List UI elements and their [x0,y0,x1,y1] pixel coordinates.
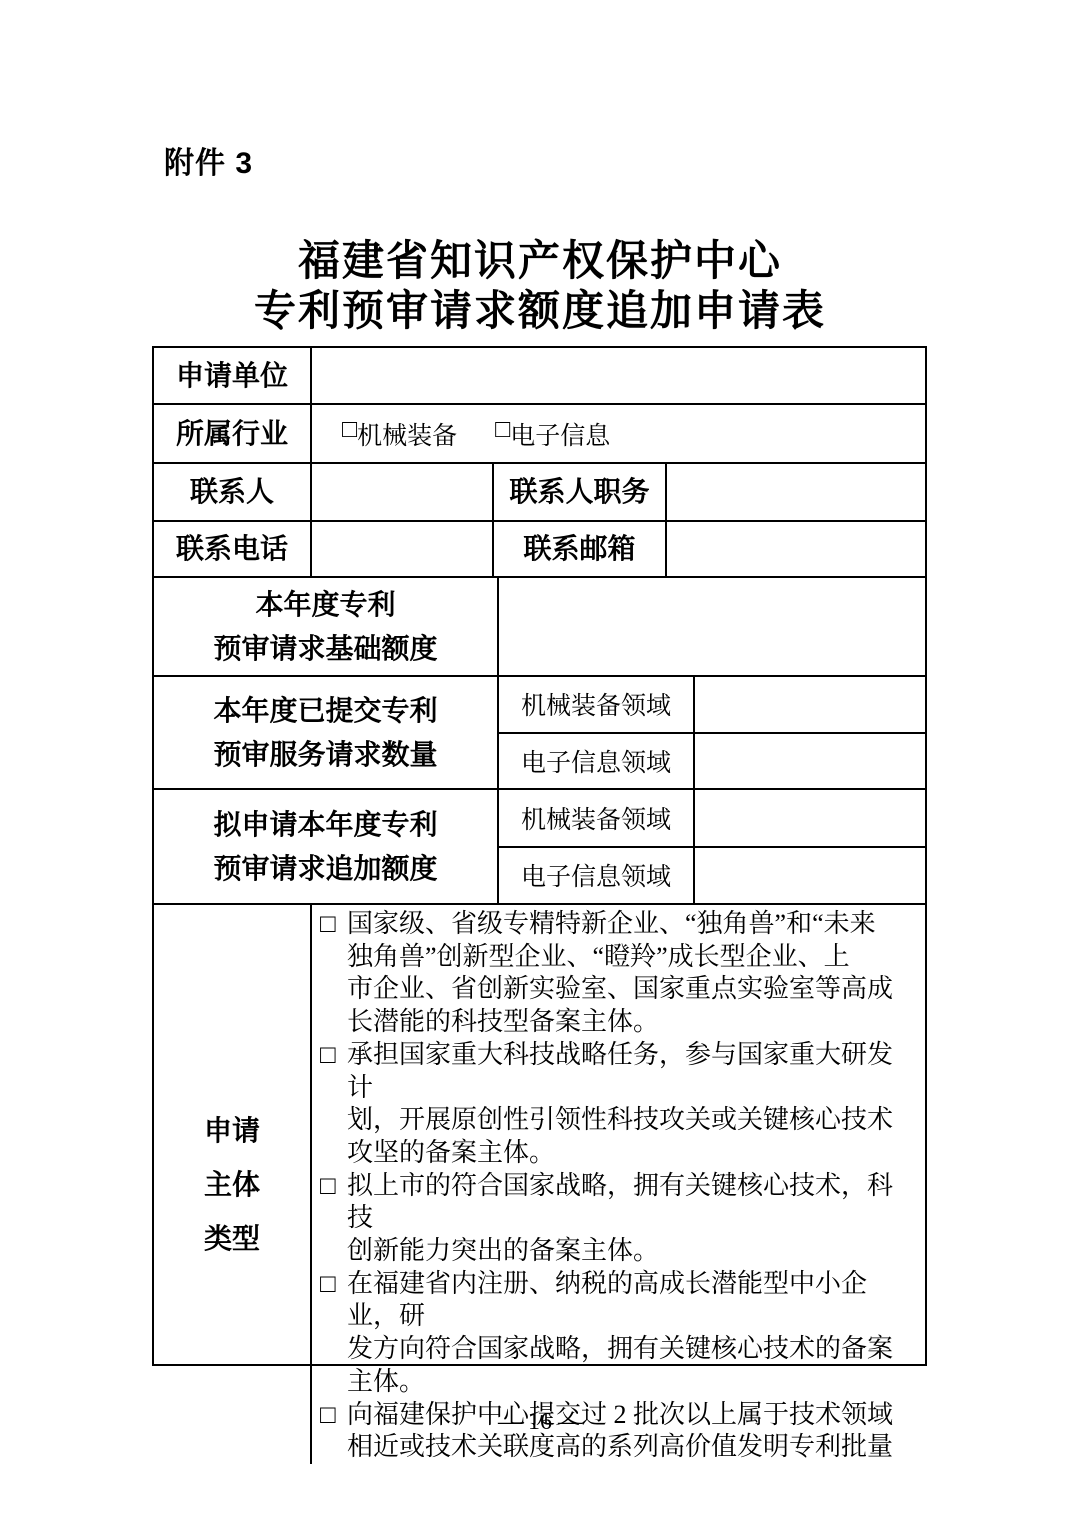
additional-quota-subrows: 机械装备领域 电子信息领域 [499,790,925,903]
subject-type-option-4-text: 在福建省内注册、纳税的高成长潜能型中小企业，研 发方向符合国家战略，拥有关键核心… [347,1268,917,1399]
subject-type-option-2: □承担国家重大科技战略任务，参与国家重大研发计 划，开展原创性引领性科技攻关或关… [320,1039,917,1170]
base-quota-value-cell [499,578,925,675]
email-label: 联系邮箱 [494,522,667,576]
checkbox-icon: □ [342,416,357,452]
row-applicant-unit: 申请单位 [154,348,925,405]
additional-machinery-label: 机械装备领域 [499,790,695,846]
base-quota-label: 本年度专利 预审请求基础额度 [154,578,499,675]
applicant-unit-label: 申请单位 [154,348,312,403]
additional-electronics-subrow: 电子信息领域 [499,848,925,904]
applicant-unit-value-cell [312,348,925,403]
contact-title-value-cell [667,464,925,520]
checkbox-icon: □ [320,1170,347,1268]
additional-electronics-value-cell [695,848,925,904]
industry-option-electronics: □电子信息 [495,416,610,452]
submitted-electronics-value-cell [695,734,925,789]
page-number: — 16 — [0,1409,1080,1436]
submitted-electronics-label: 电子信息领域 [499,734,695,789]
email-value-cell [667,522,925,576]
contact-name-label: 联系人 [154,464,312,520]
industry-option-machinery: □机械装备 [342,416,457,452]
subject-type-options-cell: □国家级、省级专精特新企业、“独角兽”和“未来 独角兽”创新型企业、“瞪羚”成长… [312,905,925,1464]
document-title-line2: 专利预审请求额度追加申请表 [0,287,1080,337]
checkbox-icon: □ [320,908,347,1039]
checkbox-icon: □ [495,416,510,452]
industry-option-machinery-label: 机械装备 [357,416,457,452]
row-additional-quota: 拟申请本年度专利 预审请求追加额度 机械装备领域 电子信息领域 [154,790,925,905]
attachment-label: 附件 3 [164,138,253,182]
subject-type-option-2-text: 承担国家重大科技战略任务，参与国家重大研发计 划，开展原创性引领性科技攻关或关键… [347,1039,917,1170]
submitted-requests-subrows: 机械装备领域 电子信息领域 [499,677,925,788]
checkbox-icon: □ [320,1039,347,1170]
submitted-machinery-value-cell [695,677,925,732]
application-form-table: 申请单位 所属行业 □机械装备 □电子信息 联系人 联系人职务 联系电话 联系邮… [152,346,927,1366]
document-title: 福建省知识产权保护中心 专利预审请求额度追加申请表 [0,237,1080,337]
industry-option-electronics-label: 电子信息 [510,416,610,452]
industry-label: 所属行业 [154,405,312,462]
subject-type-label: 申请 主体 类型 [154,905,312,1464]
subject-type-option-1-text: 国家级、省级专精特新企业、“独角兽”和“未来 独角兽”创新型企业、“瞪羚”成长型… [347,908,917,1039]
phone-value-cell [312,522,494,576]
submitted-requests-label: 本年度已提交专利 预审服务请求数量 [154,677,499,788]
phone-label: 联系电话 [154,522,312,576]
contact-name-value-cell [312,464,494,520]
additional-electronics-label: 电子信息领域 [499,848,695,904]
document-title-line1: 福建省知识产权保护中心 [0,237,1080,287]
submitted-electronics-subrow: 电子信息领域 [499,734,925,789]
row-phone-email: 联系电话 联系邮箱 [154,522,925,578]
row-subject-type: 申请 主体 类型 □国家级、省级专精特新企业、“独角兽”和“未来 独角兽”创新型… [154,905,925,1464]
checkbox-icon: □ [320,1268,347,1399]
additional-machinery-subrow: 机械装备领域 [499,790,925,848]
contact-title-label: 联系人职务 [494,464,667,520]
subject-type-option-3: □拟上市的符合国家战略，拥有关键核心技术，科技 创新能力突出的备案主体。 [320,1170,917,1268]
industry-options-cell: □机械装备 □电子信息 [312,405,925,462]
row-industry: 所属行业 □机械装备 □电子信息 [154,405,925,464]
row-submitted-requests: 本年度已提交专利 预审服务请求数量 机械装备领域 电子信息领域 [154,677,925,790]
row-base-quota: 本年度专利 预审请求基础额度 [154,578,925,677]
row-contact: 联系人 联系人职务 [154,464,925,522]
subject-type-option-1: □国家级、省级专精特新企业、“独角兽”和“未来 独角兽”创新型企业、“瞪羚”成长… [320,908,917,1039]
additional-machinery-value-cell [695,790,925,846]
subject-type-option-3-text: 拟上市的符合国家战略，拥有关键核心技术，科技 创新能力突出的备案主体。 [347,1170,917,1268]
subject-type-option-4: □在福建省内注册、纳税的高成长潜能型中小企业，研 发方向符合国家战略，拥有关键核… [320,1268,917,1399]
additional-quota-label: 拟申请本年度专利 预审请求追加额度 [154,790,499,903]
submitted-machinery-subrow: 机械装备领域 [499,677,925,734]
submitted-machinery-label: 机械装备领域 [499,677,695,732]
